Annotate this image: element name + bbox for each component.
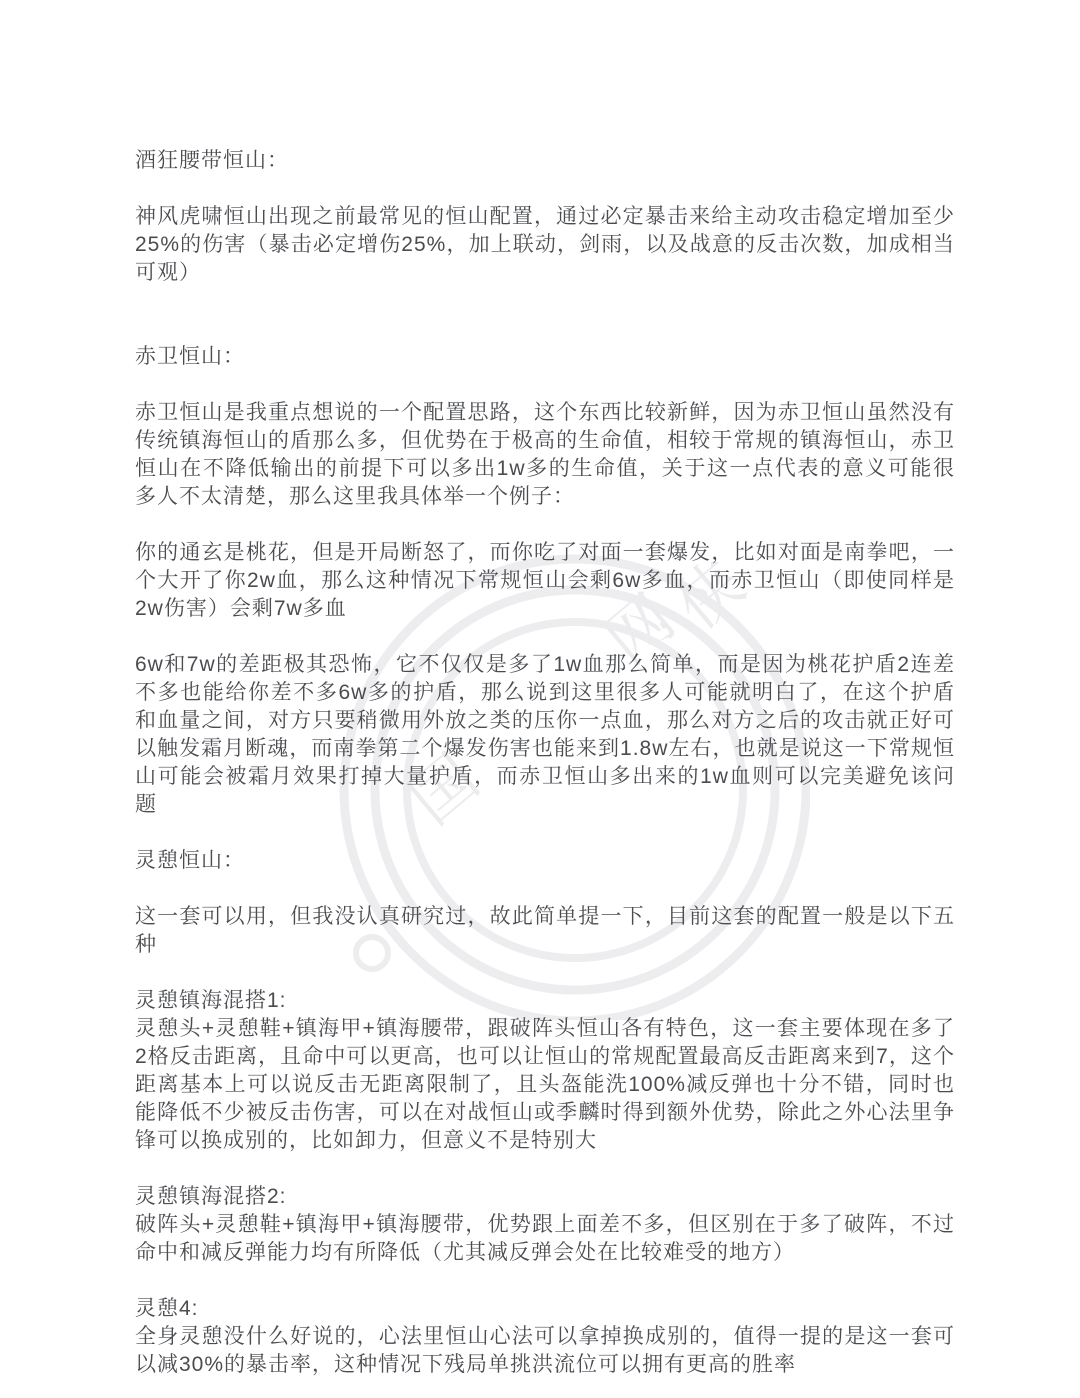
article-body: 酒狂腰带恒山： 神风虎啸恒山出现之前最常见的恒山配置，通过必定暴击来给主动攻击稳… bbox=[135, 147, 955, 1379]
paragraph-jiukuang-desc: 神风虎啸恒山出现之前最常见的恒山配置，通过必定暴击来给主动攻击稳定增加至少25%… bbox=[135, 203, 955, 287]
document-page: 国 网 · 侠 酒狂腰带恒山： 神风虎啸恒山出现之前最常见的恒山配置，通过必定暴… bbox=[0, 0, 1080, 1398]
paragraph-chiwei-example: 你的通玄是桃花，但是开局断怒了，而你吃了对面一套爆发，比如对面是南拳吧，一个大开… bbox=[135, 539, 955, 623]
paragraph-chiwei-intro: 赤卫恒山是我重点想说的一个配置思路，这个东西比较新鲜，因为赤卫恒山虽然没有传统镇… bbox=[135, 399, 955, 511]
section-heading-lingqi: 灵憩恒山： bbox=[135, 847, 955, 875]
section-heading-jiukuang: 酒狂腰带恒山： bbox=[135, 147, 955, 175]
paragraph-mix1-text: 灵憩头+灵憩鞋+镇海甲+镇海腰带，跟破阵头恒山各有特色，这一套主要体现在多了2格… bbox=[135, 1017, 955, 1152]
paragraph-lingqi-mix2: 灵憩镇海混搭2: 破阵头+灵憩鞋+镇海甲+镇海腰带，优势跟上面差不多，但区别在于… bbox=[135, 1183, 955, 1267]
paragraph-lingqi-mix1: 灵憩镇海混搭1: 灵憩头+灵憩鞋+镇海甲+镇海腰带，跟破阵头恒山各有特色，这一套… bbox=[135, 987, 955, 1155]
subheading-mix2: 灵憩镇海混搭2: bbox=[135, 1185, 287, 1208]
paragraph-lingqi-intro: 这一套可以用，但我没认真研究过，故此简单提一下，目前这套的配置一般是以下五种 bbox=[135, 903, 955, 959]
section-heading-chiwei: 赤卫恒山： bbox=[135, 343, 955, 371]
subheading-lingqi4: 灵憩4: bbox=[135, 1297, 199, 1320]
paragraph-lingqi4-text: 全身灵憩没什么好说的，心法里恒山心法可以拿掉换成别的，值得一提的是这一套可以减3… bbox=[135, 1325, 955, 1376]
paragraph-lingqi-4: 灵憩4: 全身灵憩没什么好说的，心法里恒山心法可以拿掉换成别的，值得一提的是这一… bbox=[135, 1295, 955, 1379]
paragraph-chiwei-analysis: 6w和7w的差距极其恐怖，它不仅仅是多了1w血那么简单，而是因为桃花护盾2连差不… bbox=[135, 651, 955, 819]
paragraph-mix2-text: 破阵头+灵憩鞋+镇海甲+镇海腰带，优势跟上面差不多，但区别在于多了破阵，不过命中… bbox=[135, 1213, 955, 1264]
subheading-mix1: 灵憩镇海混搭1: bbox=[135, 989, 287, 1012]
